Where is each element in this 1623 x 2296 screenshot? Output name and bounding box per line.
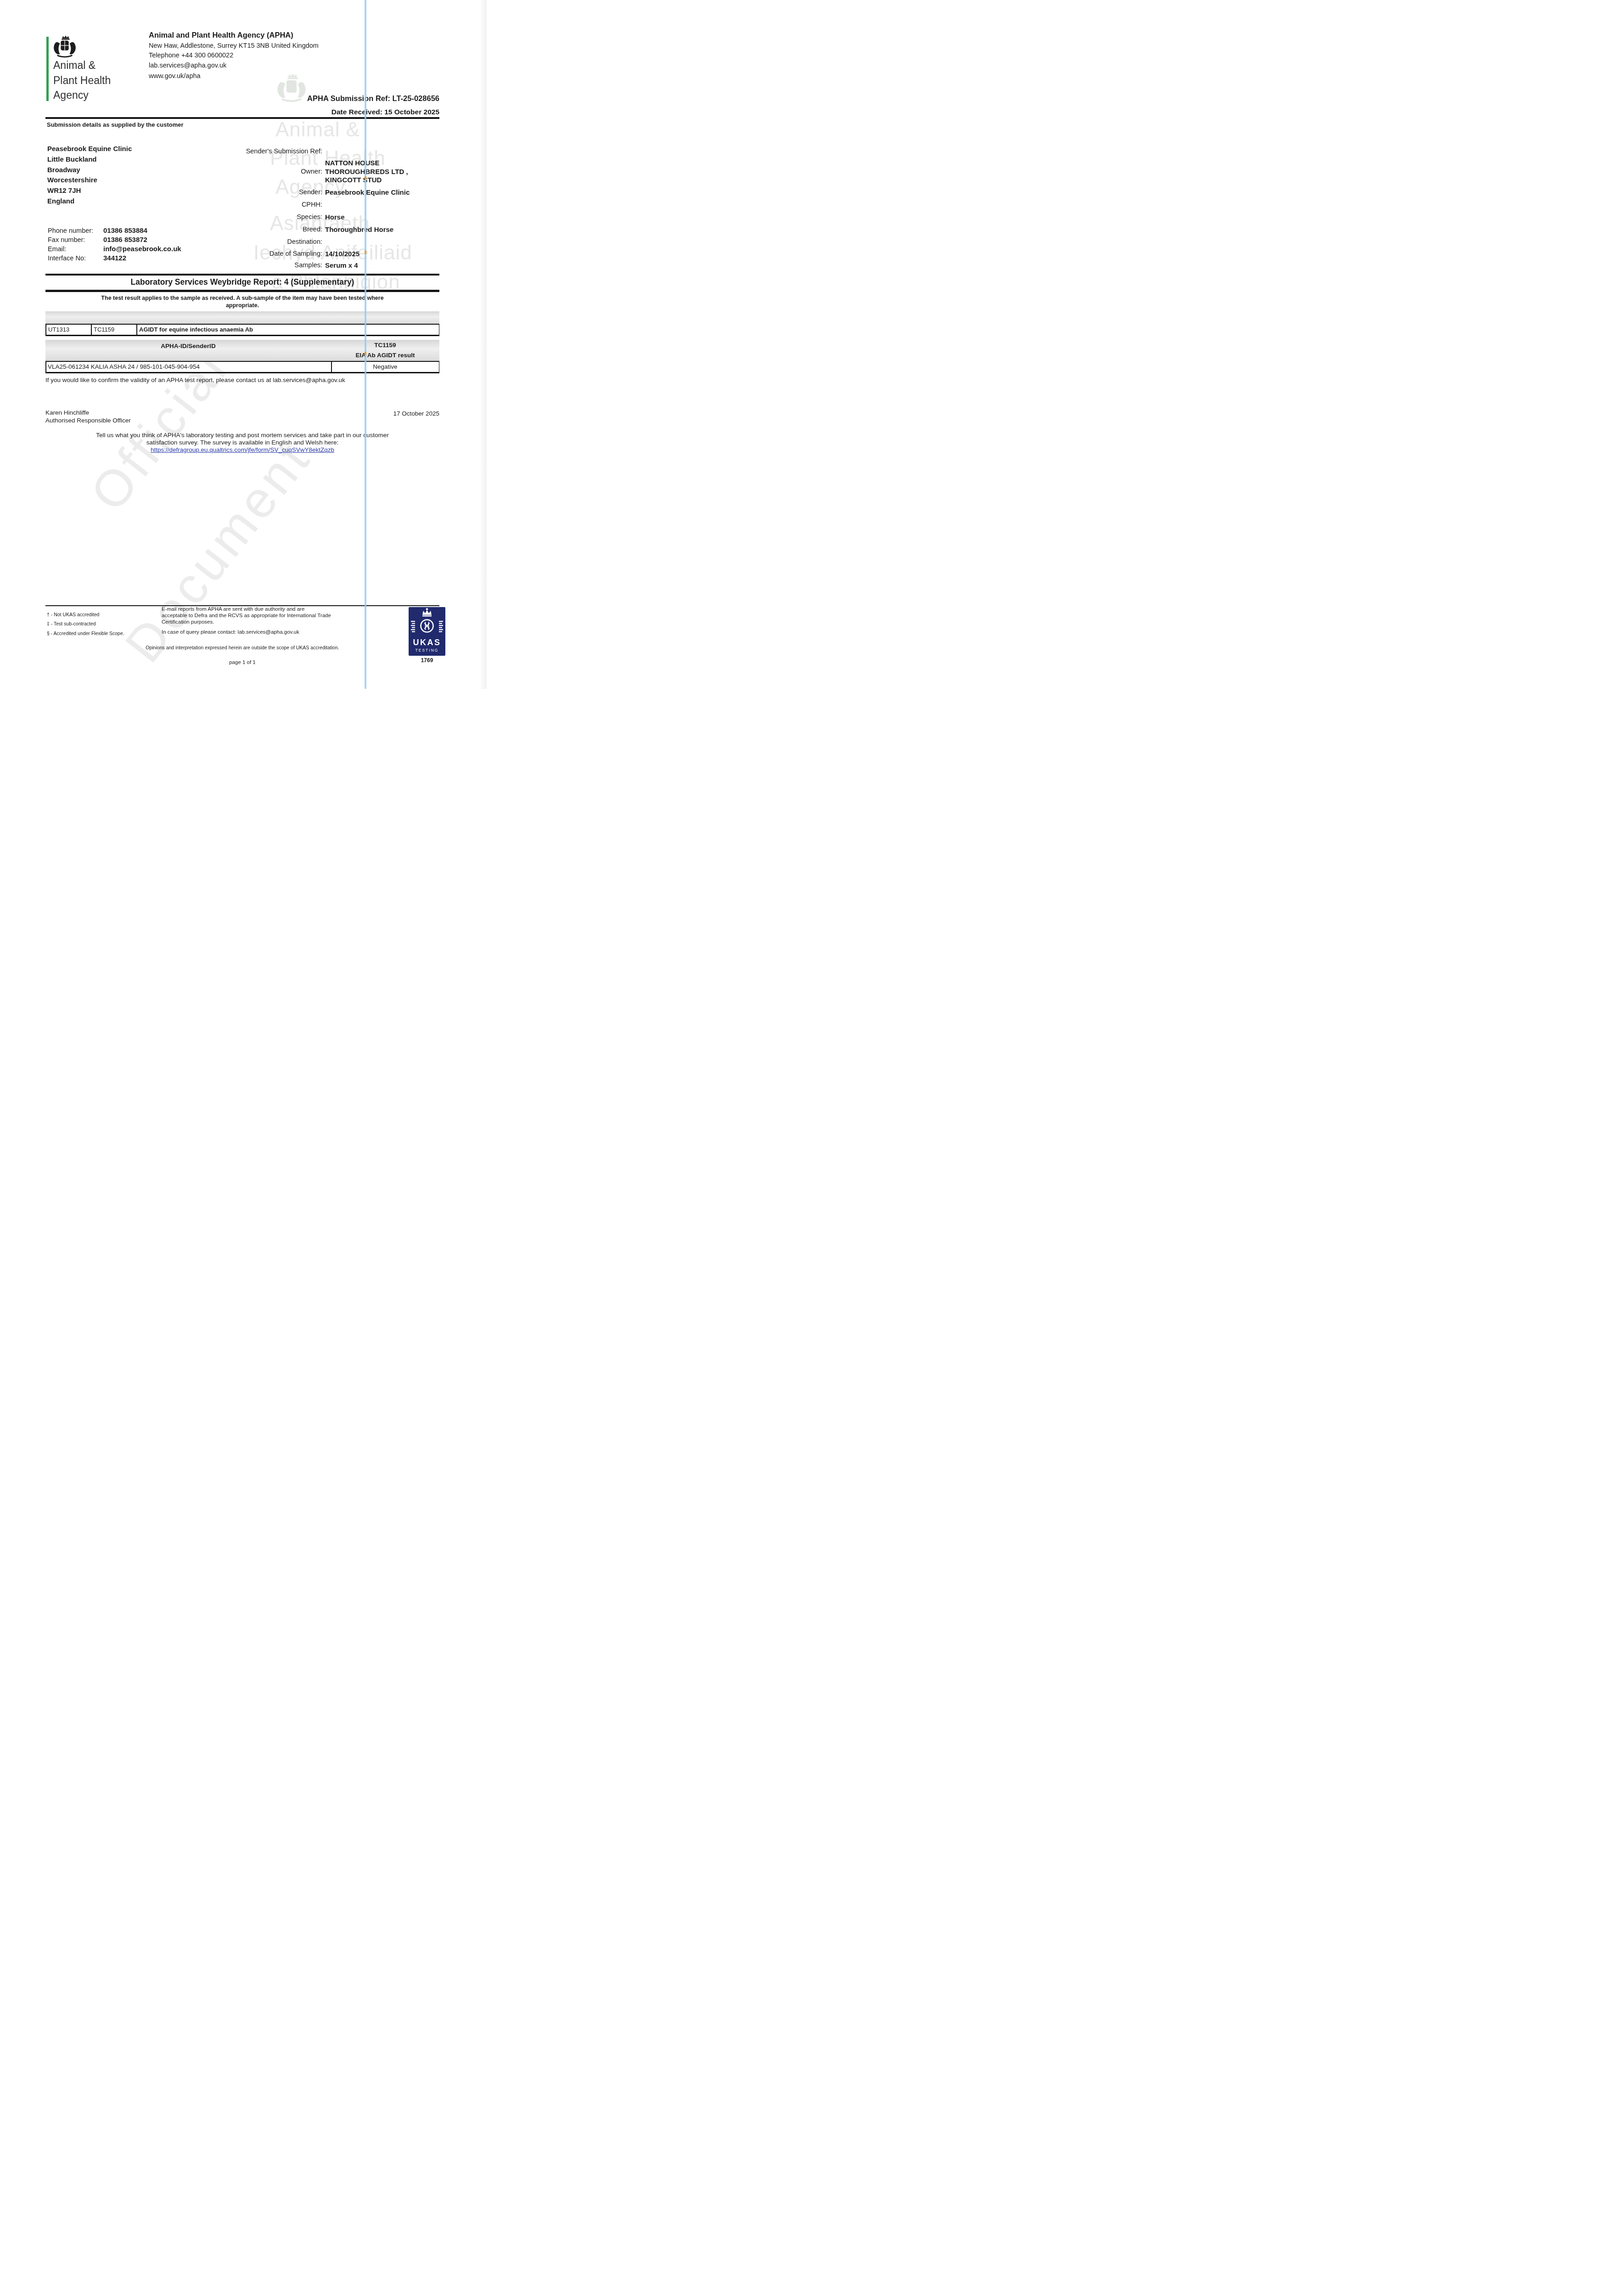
- signatory-role: Authorised Responsible Officer: [45, 417, 131, 424]
- detail-label: Species:: [297, 214, 322, 221]
- header-rule: [45, 117, 439, 119]
- table-border: [45, 372, 439, 373]
- agency-title: Animal and Plant Health Agency (APHA): [149, 31, 293, 40]
- footnote-section: § - Accredited under Flexible Scope.: [47, 631, 124, 636]
- contact-value: 01386 853872: [103, 236, 147, 244]
- scanned-report-page: Animal & Plant Health Agency Asiantaeth …: [0, 0, 487, 689]
- date-received: Date Received: 15 October 2025: [184, 108, 439, 117]
- customer-address-block: Peasebrook Equine Clinic Little Buckland…: [47, 144, 132, 207]
- results-table-id-header: APHA-ID/SenderID: [45, 343, 331, 349]
- contact-label: Phone number:: [48, 227, 93, 235]
- survey-line1: Tell us what you think of APHA's laborat…: [45, 432, 439, 439]
- page-number: page 1 of 1: [45, 660, 439, 665]
- submission-details-heading: Submission details as supplied by the cu…: [47, 121, 184, 128]
- customer-address-line: WR12 7JH: [47, 186, 132, 197]
- survey-link-row: https://defragroup.eu.qualtrics.com/jfe/…: [45, 446, 439, 453]
- detail-value: NATTON HOUSE: [325, 159, 380, 167]
- ukas-testing-logo: UKAS TESTING: [409, 607, 445, 656]
- ukas-accreditation-number: 1769: [409, 657, 445, 664]
- tests-table-header-row: [45, 311, 439, 324]
- scan-edge-shadow: [479, 0, 487, 689]
- logo-line: Animal &: [53, 58, 111, 73]
- detail-label: Date of Sampling:: [270, 250, 322, 258]
- table-border: [45, 324, 439, 325]
- report-date: 17 October 2025: [275, 410, 439, 417]
- detail-value: Serum x 4: [325, 262, 358, 270]
- apha-logo-green-bar: [46, 37, 49, 101]
- customer-address-line: Little Buckland: [47, 155, 132, 165]
- tests-table-cell: AGIDT for equine infectious anaemia Ab: [139, 326, 253, 333]
- scan-artifact-speck: [365, 176, 366, 180]
- detail-value: 14/10/2025: [325, 250, 359, 258]
- footer-query-line: In case of query please contact: lab.ser…: [162, 630, 299, 635]
- tests-table-cell: UT1313: [48, 326, 69, 333]
- contact-value: 344122: [103, 254, 126, 262]
- validity-note: If you would like to confirm the validit…: [45, 377, 439, 383]
- contact-label: Fax number:: [48, 236, 85, 244]
- agency-address: New Haw, Addlestone, Surrey KT15 3NB Uni…: [149, 42, 319, 50]
- detail-value: Thoroughbred Horse: [325, 226, 393, 234]
- customer-address-line: Broadway: [47, 165, 132, 176]
- tests-table-cell: TC1159: [94, 326, 114, 333]
- detail-value: KINGCOTT STUD: [325, 176, 382, 184]
- signatory-name: Karen Hinchliffe: [45, 409, 89, 416]
- results-table-id-cell: VLA25-061234 KALIA ASHA 24 / 985-101-045…: [48, 363, 200, 370]
- detail-label: Owner:: [301, 168, 322, 175]
- report-title-rule-top: [45, 274, 439, 276]
- watermark-text-line: Animal &: [275, 118, 360, 141]
- report-note-line1: The test result applies to the sample as…: [45, 295, 439, 301]
- agency-email: lab.services@apha.gov.uk: [149, 62, 226, 69]
- report-note-line2: appropriate.: [45, 302, 439, 309]
- detail-value: Horse: [325, 214, 345, 221]
- footer-rule: [45, 605, 439, 606]
- survey-link[interactable]: https://defragroup.eu.qualtrics.com/jfe/…: [151, 446, 334, 453]
- report-title: Laboratory Services Weybridge Report: 4 …: [45, 277, 439, 287]
- submission-ref: APHA Submission Ref: LT-25-028656: [184, 95, 439, 103]
- scan-artifact-line: [365, 0, 366, 689]
- results-table-result-header-line2: EIA Ab AGIDT result: [331, 352, 439, 359]
- ukas-scheme-label: TESTING: [416, 648, 439, 653]
- logo-line: Agency: [53, 88, 111, 103]
- footer-email-line1: E-mail reports from APHA are sent with d…: [162, 607, 304, 612]
- footer-opinions: Opinions and interpretation expressed he…: [45, 645, 439, 651]
- results-table-result-cell: Negative: [331, 363, 439, 370]
- contact-label: Interface No:: [48, 255, 86, 262]
- footer-email-line3: Certification purposes.: [162, 619, 214, 625]
- contact-value: info@peasebrook.co.uk: [103, 245, 181, 253]
- customer-address-line: England: [47, 197, 132, 207]
- results-table-result-header-line1: TC1159: [331, 342, 439, 349]
- contact-label: Email:: [48, 246, 66, 253]
- logo-line: Plant Health: [53, 73, 111, 88]
- table-border: [45, 335, 439, 336]
- royal-crest-icon: [51, 35, 78, 59]
- scan-artifact-speck: [365, 352, 366, 355]
- detail-label: Breed:: [303, 226, 322, 233]
- detail-label: Sender:: [299, 189, 322, 196]
- customer-address-line: Peasebrook Equine Clinic: [47, 144, 132, 155]
- footnote-dagger: † - Not UKAS accredited: [47, 612, 99, 618]
- detail-value: THOROUGHBREDS LTD ,: [325, 168, 408, 176]
- agency-telephone: Telephone +44 300 0600022: [149, 52, 233, 59]
- customer-address-line: Worcestershire: [47, 175, 132, 186]
- footer-email-line2: acceptable to Defra and the RCVS as appr…: [162, 613, 331, 619]
- detail-label: Destination:: [287, 238, 322, 246]
- survey-line2: satisfaction survey. The survey is avail…: [45, 439, 439, 446]
- detail-label: Samples:: [295, 262, 322, 269]
- agency-website: www.gov.uk/apha: [149, 73, 201, 80]
- detail-label: Sender's Submission Ref:: [246, 148, 322, 155]
- ukas-org-label: UKAS: [413, 638, 441, 647]
- report-title-rule-bottom: [45, 290, 439, 292]
- footnote-double-dagger: ‡ - Test sub-contracted: [47, 621, 96, 627]
- scan-artifact-speck: [365, 251, 366, 254]
- contact-value: 01386 853884: [103, 227, 147, 235]
- detail-label: CPHH:: [302, 201, 322, 208]
- detail-value: Peasebrook Equine Clinic: [325, 189, 410, 197]
- apha-logo-wordmark: Animal & Plant Health Agency: [53, 58, 111, 103]
